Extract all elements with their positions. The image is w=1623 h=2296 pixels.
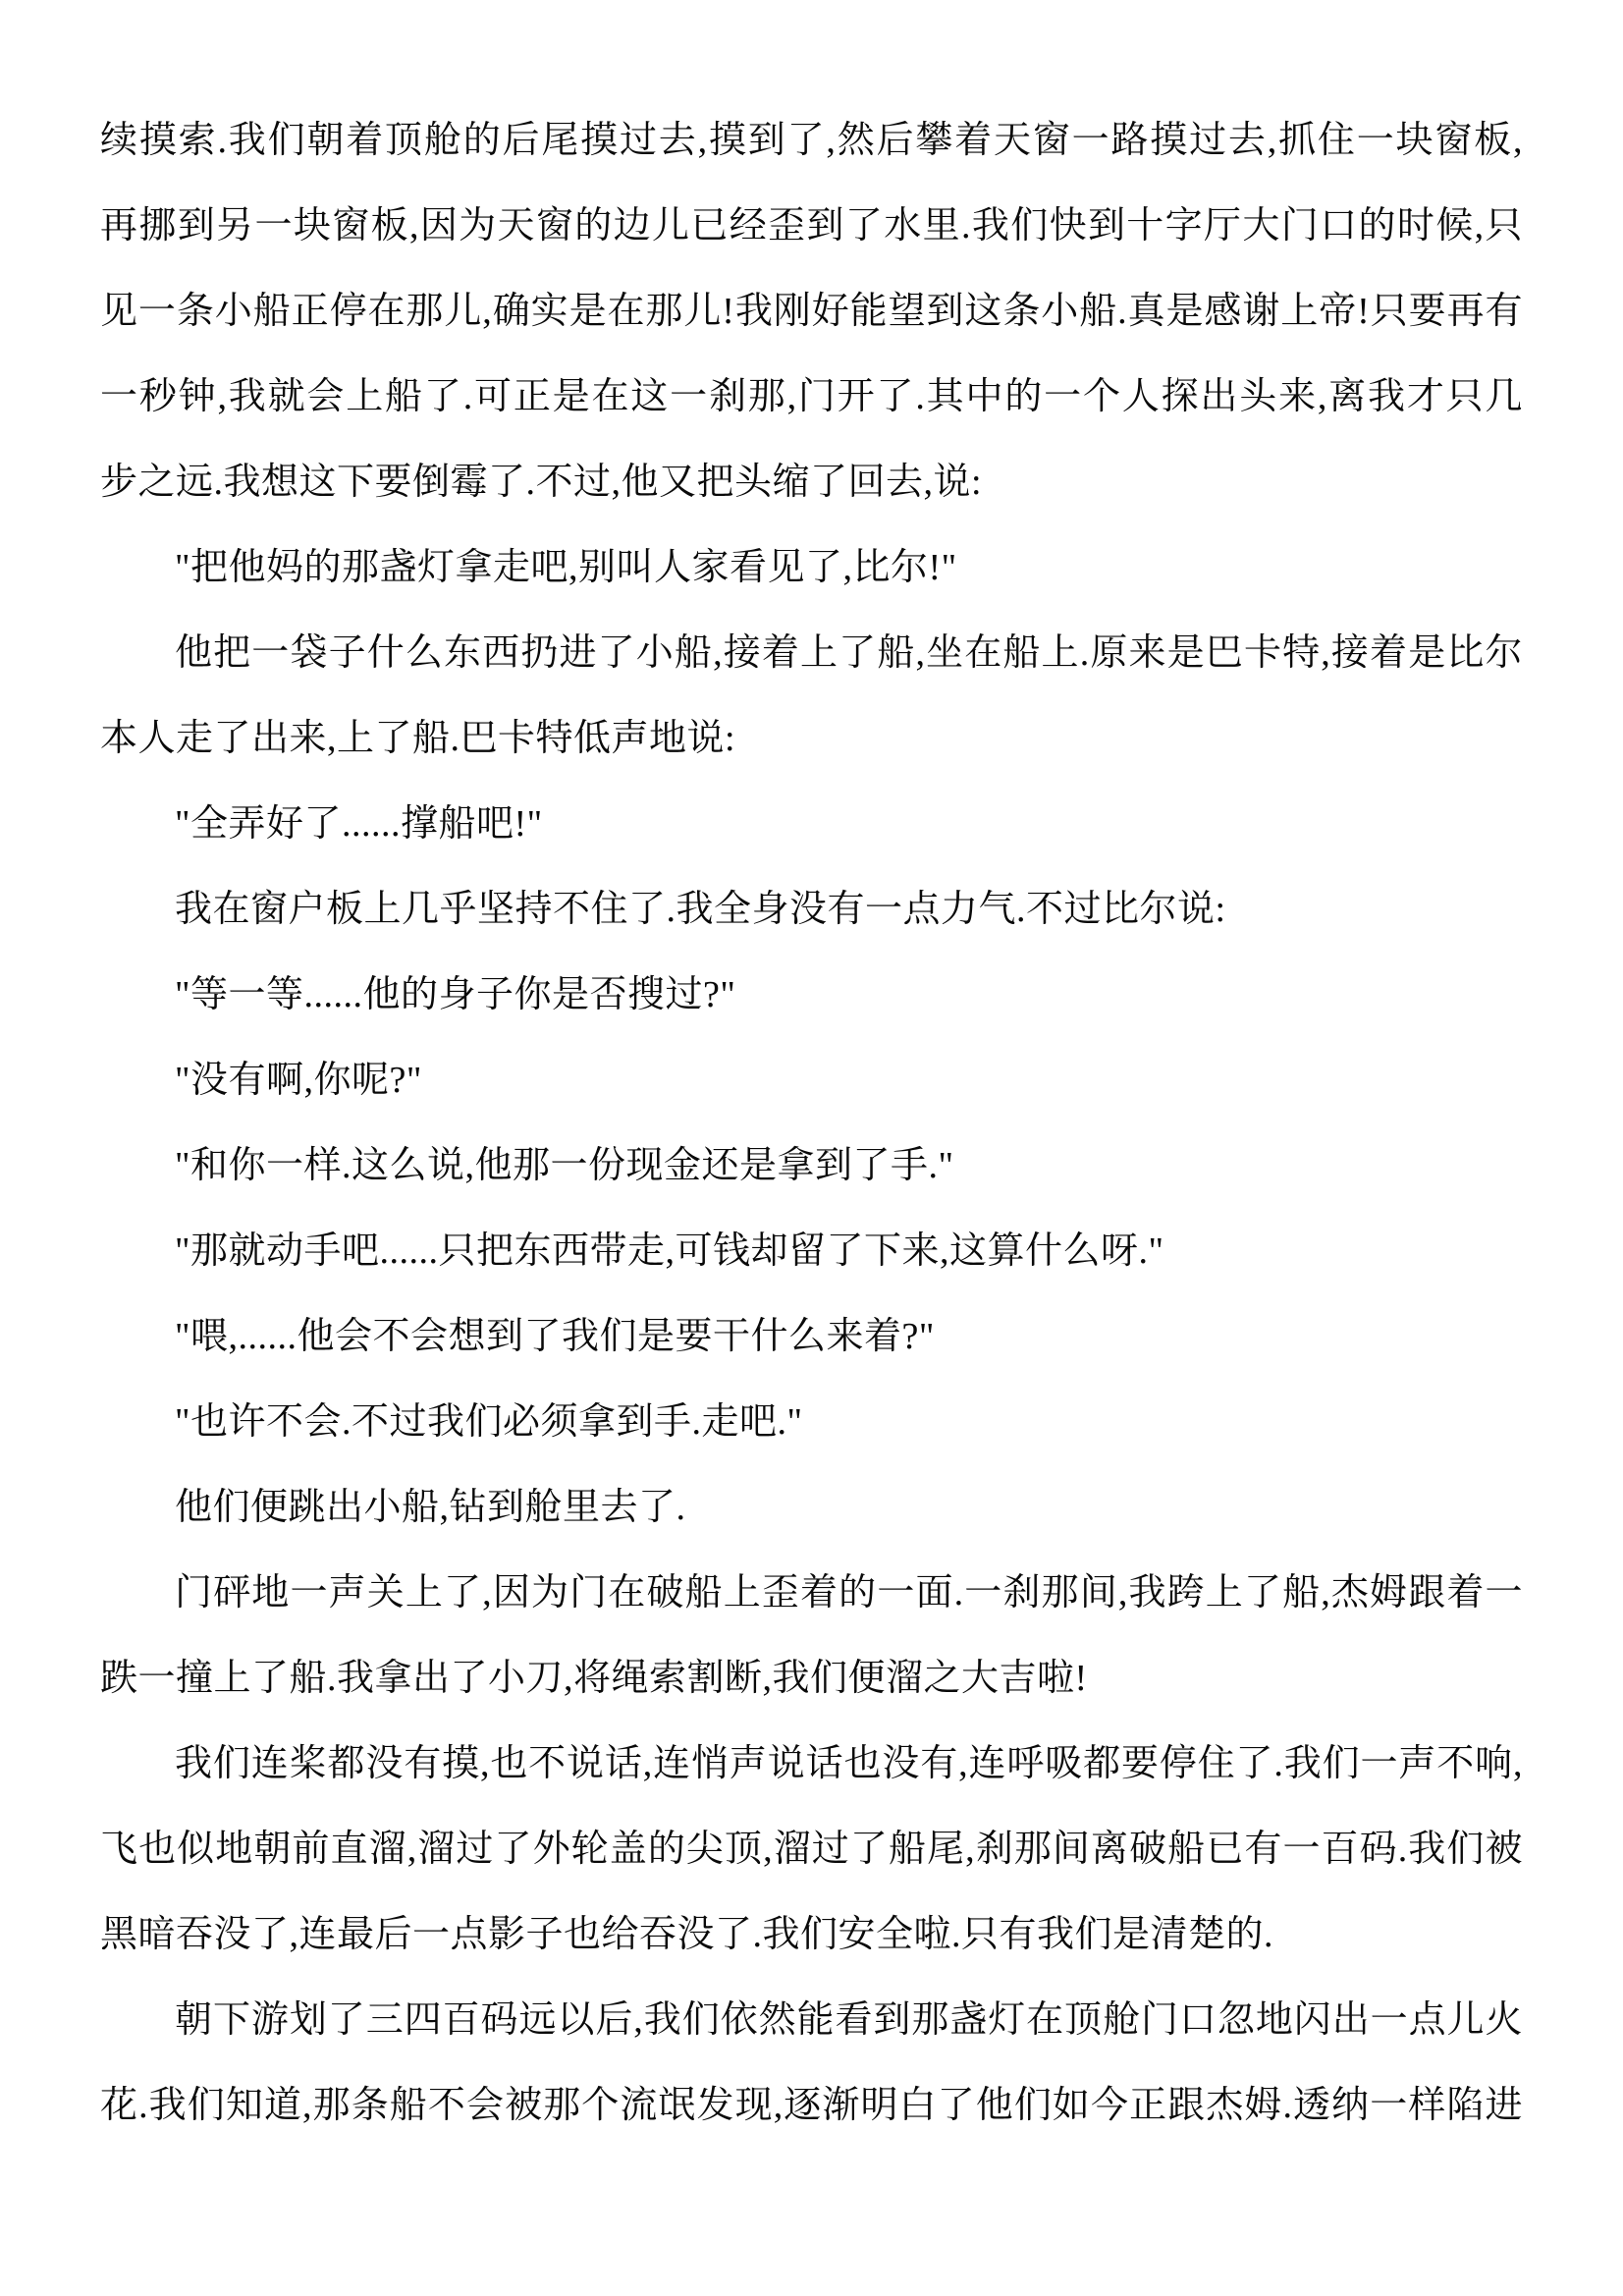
text-line: 飞也似地朝前直溜,溜过了外轮盖的尖顶,溜过了船尾,刹那间离破船已有一百码.我们被 [100, 1807, 1523, 1892]
text-line: 黑暗吞没了,连最后一点影子也给吞没了.我们安全啦.只有我们是清楚的. [100, 1892, 1523, 1978]
text-line: "等一等......他的身子你是否搜过?" [100, 953, 1523, 1038]
text-line: 他们便跳出小船,钻到舱里去了. [100, 1465, 1523, 1551]
text-line: 见一条小船正停在那儿,确实是在那儿!我刚好能望到这条小船.真是感谢上帝!只要再有 [100, 269, 1523, 355]
text-line: 他把一袋子什么东西扔进了小船,接着上了船,坐在船上.原来是巴卡特,接着是比尔 [100, 611, 1523, 696]
text-line: 再挪到另一块窗板,因为天窗的边儿已经歪到了水里.我们快到十字厅大门口的时候,只 [100, 184, 1523, 269]
text-line: "喂,......他会不会想到了我们是要干什么来着?" [100, 1294, 1523, 1380]
text-line: 本人走了出来,上了船.巴卡特低声地说: [100, 696, 1523, 782]
text-line: "也许不会.不过我们必须拿到手.走吧." [100, 1380, 1523, 1465]
text-line: 门砰地一声关上了,因为门在破船上歪着的一面.一刹那间,我跨上了船,杰姆跟着一 [100, 1551, 1523, 1636]
text-line: 我们连桨都没有摸,也不说话,连悄声说话也没有,连呼吸都要停住了.我们一声不响, [100, 1722, 1523, 1807]
text-line: 朝下游划了三四百码远以后,我们依然能看到那盏灯在顶舱门口忽地闪出一点儿火 [100, 1978, 1523, 2063]
text-line: "全弄好了......撑船吧!" [100, 782, 1523, 867]
text-line: "没有啊,你呢?" [100, 1038, 1523, 1123]
text-line: 花.我们知道,那条船不会被那个流氓发现,逐渐明白了他们如今正跟杰姆.透纳一样陷进 [100, 2063, 1523, 2149]
document-page: 续摸索.我们朝着顶舱的后尾摸过去,摸到了,然后攀着天窗一路摸过去,抓住一块窗板,… [0, 0, 1623, 2296]
page-text-block: 续摸索.我们朝着顶舱的后尾摸过去,摸到了,然后攀着天窗一路摸过去,抓住一块窗板,… [100, 98, 1523, 2149]
text-line: "那就动手吧......只把东西带走,可钱却留了下来,这算什么呀." [100, 1209, 1523, 1294]
text-line: 我在窗户板上几乎坚持不住了.我全身没有一点力气.不过比尔说: [100, 867, 1523, 953]
text-line: 步之远.我想这下要倒霉了.不过,他又把头缩了回去,说: [100, 440, 1523, 525]
text-line: 一秒钟,我就会上船了.可正是在这一刹那,门开了.其中的一个人探出头来,离我才只几 [100, 355, 1523, 440]
text-line: "和你一样.这么说,他那一份现金还是拿到了手." [100, 1123, 1523, 1209]
text-line: 续摸索.我们朝着顶舱的后尾摸过去,摸到了,然后攀着天窗一路摸过去,抓住一块窗板, [100, 98, 1523, 184]
text-line: "把他妈的那盏灯拿走吧,别叫人家看见了,比尔!" [100, 525, 1523, 611]
text-line: 跌一撞上了船.我拿出了小刀,将绳索割断,我们便溜之大吉啦! [100, 1636, 1523, 1722]
